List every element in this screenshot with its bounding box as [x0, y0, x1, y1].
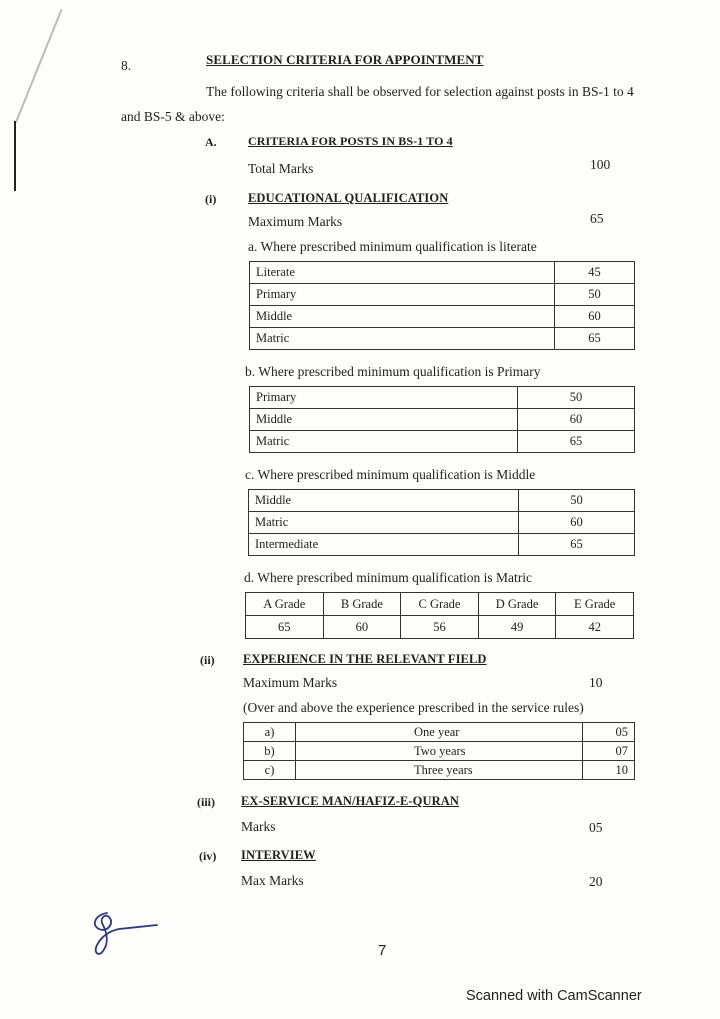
qualification-cell: Primary [250, 284, 555, 306]
qualification-cell: Matric [249, 512, 519, 534]
table-row: b)Two years07 [244, 742, 635, 761]
caption-b: b. Where prescribed minimum qualificatio… [245, 364, 541, 380]
interview-label: (iv) [199, 848, 216, 864]
table-row: Primary50 [250, 284, 635, 306]
grade-cell: D Grade [478, 593, 556, 616]
ex-service-label: (iii) [197, 794, 215, 810]
ex-service-marks-value: 05 [589, 820, 603, 836]
grade-marks-cell: 65 [246, 616, 324, 639]
grade-cell: B Grade [323, 593, 401, 616]
total-marks-value: 100 [590, 157, 610, 173]
caption-a: a. Where prescribed minimum qualificatio… [248, 239, 537, 255]
qualification-cell: Matric [250, 431, 518, 453]
table-row: c)Three years10 [244, 761, 635, 780]
marks-cell: 05 [583, 723, 635, 742]
interview-title: INTERVIEW [241, 847, 316, 863]
qualification-cell: Matric [250, 328, 555, 350]
total-marks-label: Total Marks [248, 161, 313, 177]
section-number: 8. [121, 58, 131, 74]
table-row: Middle60 [250, 306, 635, 328]
marks-cell: 65 [519, 534, 635, 556]
grade-cell: A Grade [246, 593, 324, 616]
table-matric-grades: A GradeB GradeC GradeD GradeE Grade 6560… [245, 592, 634, 639]
table-literate: Literate45Primary50Middle60Matric65 [249, 261, 635, 350]
experience-note: (Over and above the experience prescribe… [243, 700, 584, 716]
table-row: Middle50 [249, 490, 635, 512]
duration-cell: One year [296, 723, 583, 742]
education-max-value: 65 [590, 211, 604, 227]
grade-marks-cell: 42 [556, 616, 634, 639]
interview-max-value: 20 [589, 874, 603, 890]
marks-cell: 60 [518, 409, 635, 431]
qualification-cell: Middle [250, 409, 518, 431]
scan-edge-line [15, 9, 63, 123]
intro-line-2: and BS-5 & above: [121, 109, 225, 125]
table-row: A GradeB GradeC GradeD GradeE Grade [246, 593, 634, 616]
qualification-cell: Middle [249, 490, 519, 512]
education-title: EDUCATIONAL QUALIFICATION [248, 190, 448, 206]
item-cell: a) [244, 723, 296, 742]
page-number: 7 [378, 942, 386, 959]
marks-cell: 60 [555, 306, 635, 328]
part-a-title: CRITERIA FOR POSTS IN BS-1 TO 4 [248, 133, 453, 149]
education-max-label: Maximum Marks [248, 214, 342, 230]
marks-cell: 07 [583, 742, 635, 761]
education-label: (i) [205, 191, 216, 207]
interview-max-label: Max Marks [241, 873, 304, 889]
table-row: Matric60 [249, 512, 635, 534]
qualification-cell: Intermediate [249, 534, 519, 556]
experience-label: (ii) [200, 652, 215, 668]
table-row: Literate45 [250, 262, 635, 284]
marks-cell: 50 [518, 387, 635, 409]
grade-cell: E Grade [556, 593, 634, 616]
qualification-cell: Middle [250, 306, 555, 328]
table-primary: Primary50Middle60Matric65 [249, 386, 635, 453]
grade-marks-cell: 56 [401, 616, 479, 639]
marks-cell: 65 [555, 328, 635, 350]
table-row: Matric65 [250, 328, 635, 350]
experience-max-label: Maximum Marks [243, 675, 337, 691]
grade-cell: C Grade [401, 593, 479, 616]
table-row: Middle60 [250, 409, 635, 431]
margin-mark [14, 121, 16, 191]
table-middle: Middle50Matric60Intermediate65 [248, 489, 635, 556]
duration-cell: Two years [296, 742, 583, 761]
signature-icon [85, 905, 165, 960]
experience-title: EXPERIENCE IN THE RELEVANT FIELD [243, 651, 487, 667]
ex-service-marks-label: Marks [241, 819, 276, 835]
duration-cell: Three years [296, 761, 583, 780]
marks-cell: 50 [555, 284, 635, 306]
item-cell: c) [244, 761, 296, 780]
qualification-cell: Literate [250, 262, 555, 284]
marks-cell: 10 [583, 761, 635, 780]
section-title: SELECTION CRITERIA FOR APPOINTMENT [206, 52, 484, 68]
marks-cell: 45 [555, 262, 635, 284]
part-a-label: A. [205, 134, 217, 150]
table-row: Intermediate65 [249, 534, 635, 556]
ex-service-title: EX-SERVICE MAN/HAFIZ-E-QURAN [241, 793, 459, 809]
marks-cell: 50 [519, 490, 635, 512]
qualification-cell: Primary [250, 387, 518, 409]
table-row: Primary50 [250, 387, 635, 409]
table-row: 6560564942 [246, 616, 634, 639]
table-row: a)One year05 [244, 723, 635, 742]
marks-cell: 60 [519, 512, 635, 534]
experience-max-value: 10 [589, 675, 603, 691]
intro-line-1: The following criteria shall be observed… [206, 84, 634, 100]
table-row: Matric65 [250, 431, 635, 453]
caption-c: c. Where prescribed minimum qualificatio… [245, 467, 535, 483]
caption-d: d. Where prescribed minimum qualificatio… [244, 570, 532, 586]
camscanner-watermark: Scanned with CamScanner [466, 988, 642, 1004]
grade-marks-cell: 60 [323, 616, 401, 639]
grade-marks-cell: 49 [478, 616, 556, 639]
marks-cell: 65 [518, 431, 635, 453]
table-experience: a)One year05b)Two years07c)Three years10 [243, 722, 635, 780]
item-cell: b) [244, 742, 296, 761]
